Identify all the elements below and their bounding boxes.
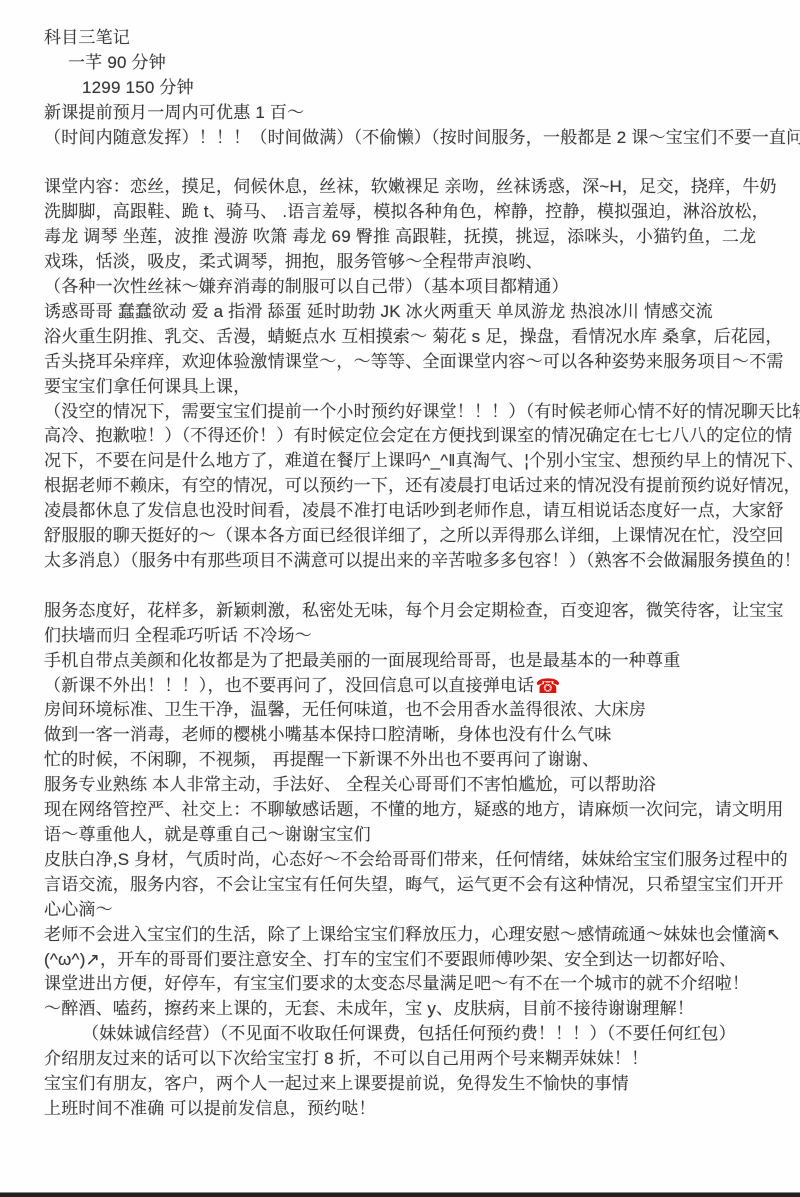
text-line: 况下，不要在问是什么地方了，难道在餐厅上课吗^_^‖真淘气、¦个别小宝宝、想预约…	[44, 449, 770, 474]
notes-text-body: 科目三笔记一芊 90 分钟1299 150 分钟新课提前预月一周内可优惠 1 百…	[44, 26, 770, 1122]
text-line: （时间内随意发挥）！！！（时间做满）（不偷懒）（按时间服务，一般都是 2 课～宝…	[44, 126, 770, 151]
text-line: 浴火重生阴推、乳交、舌漫，蜻蜓点水 互相摸索～ 菊花 s 足，操盘，看情况水库 …	[44, 325, 770, 350]
text-line: 手机自带点美颜和化妆都是为了把最美丽的一面展现给哥哥，也是最基本的一种尊重	[44, 649, 770, 674]
text-line: 宝宝们有朋友，客户，两个人一起过来上课要提前说，免得发生不愉快的事情	[44, 1072, 770, 1097]
text-line: 舒服服的聊天挺好的～（课本各方面已经很详细了，之所以弄得那么详细，上课情况在忙，…	[44, 524, 770, 549]
text-line: (^ω^)↗，开车的哥哥们要注意安全、打车的宝宝们不要跟师傅吵架、安全到达一切都…	[44, 948, 770, 973]
text-line: 戏珠，恬淡，吸皮，柔式调琴，拥抱，服务管够～全程带声浪哟、	[44, 250, 770, 275]
text-line: ～醉酒、嗑药，擦药来上课的，无套、未成年，宝 y、皮肤病，目前不接待谢谢理解！	[44, 997, 770, 1022]
text-line: 心心滴～	[44, 898, 770, 923]
text-line: 皮肤白净,S 身材，气质时尚，心态好～不会给哥哥们带来，任何情绪，妹妹给宝宝们服…	[44, 848, 770, 873]
text-line: （各种一次性丝袜～嫌弃消毒的制服可以自己带）（基本项目都精通）	[44, 275, 770, 300]
text-line: 语～尊重他人，就是尊重自己～谢谢宝宝们	[44, 823, 770, 848]
text-line: （没空的情况下，需要宝宝们提前一个小时预约好课堂！！！）（有时候老师心情不好的情…	[44, 400, 770, 425]
text-line: 房间环境标准、卫生干净，温馨，无任何味道，也不会用香水盖得很浓、大床房	[44, 698, 770, 723]
text-line: 一芊 90 分钟	[44, 51, 770, 76]
text-line: 要宝宝们拿任何课具上课，	[44, 375, 770, 400]
text-line: 上班时间不准确 可以提前发信息，预约哒！	[44, 1097, 770, 1122]
text-line: 服务专业熟练 本人非常主动，手法好、 全程关心哥哥们不害怕尴尬，可以帮助浴	[44, 773, 770, 798]
text-line: 新课提前预月一周内可优惠 1 百～	[44, 101, 770, 126]
red-telephone-icon: ☎	[535, 677, 560, 697]
text-line: 言语交流，服务内容，不会让宝宝有任何失望，晦气，运气更不会有这种情况，只希望宝宝…	[44, 873, 770, 898]
text-line: 根据老师不赖床，有空的情况，可以预约一下，还有凌晨打电话过来的情况没有提前预约说…	[44, 474, 770, 499]
text-line: 高冷、抱歉啦！）（不得还价！）有时候定位会定在方便找到课室的情况确定在七七八八的…	[44, 424, 770, 449]
text-line: 们扶墙而归 全程乖巧听话 不冷场～	[44, 624, 770, 649]
document-page: 科目三笔记一芊 90 分钟1299 150 分钟新课提前预月一周内可优惠 1 百…	[0, 0, 800, 1197]
text-line: 毒龙 调琴 坐莲，波推 漫游 吹箫 毒龙 69 臀推 高跟鞋，抚摸，挑逗，添咪头…	[44, 225, 770, 250]
text-line: 课堂进出方便，好停车，有宝宝们要求的太变态尽量满足吧～有不在一个城市的就不介绍啦…	[44, 972, 770, 997]
page-title: 科目三笔记	[44, 26, 770, 51]
text-line: 洗脚脚，高跟鞋、跪 t、骑马、 .语言羞辱，模拟各种角色，榨静，控静，模拟强迫，…	[44, 200, 770, 225]
text-line: 舌头挠耳朵痒痒，欢迎体验激情课堂～，～等等、全面课堂内容～可以各种姿势来服务项目…	[44, 350, 770, 375]
text-line: 凌晨都休息了发信息也没时间看，凌晨不准打电话吵到老师作息，请互相说话态度好一点，…	[44, 499, 770, 524]
text-line: （新课不外出！！！），也不要再问了，没回信息可以直接弹电话☎	[44, 674, 770, 699]
text-line: 诱惑哥哥 蠢蠢欲动 爱 a 指滑 舔蛋 延时助勃 JK 冰火两重天 单凤游龙 热…	[44, 300, 770, 325]
text-line: 1299 150 分钟	[44, 76, 770, 101]
text-line: 忙的时候，不闲聊，不视频， 再提醒一下新课不外出也不要再问了谢谢、	[44, 748, 770, 773]
text-line: 课堂内容：恋丝，摸足，伺候休息，丝袜，软嫩裸足 亲吻，丝袜诱惑，深~H，足交，挠…	[44, 175, 770, 200]
text-line: 老师不会进入宝宝们的生活，除了上课给宝宝们释放压力，心理安慰～感情疏通～妹妹也会…	[44, 923, 770, 948]
text-line: 现在网络管控严、社交上：不聊敏感话题，不懂的地方，疑惑的地方，请麻烦一次问完，请…	[44, 798, 770, 823]
text-line: 介绍朋友过来的话可以下次给宝宝打 8 折，不可以自己用两个号来糊弄妹妹！！	[44, 1047, 770, 1072]
text-line: 做到一客一消毒，老师的樱桃小嘴基本保持口腔清晰，身体也没有什么气味	[44, 723, 770, 748]
bottom-edge-bar	[0, 1192, 800, 1197]
text-line: （妹妹诚信经营）（不见面不收取任何课费，包括任何预约费！！！）（不要任何红包）	[44, 1022, 770, 1047]
text-line: 服务态度好，花样多，新颖刺激，私密处无味，每个月会定期检查，百变迎客，微笑待客，…	[44, 599, 770, 624]
text-line: 太多消息）（服务中有那些项目不满意可以提出来的辛苦啦多多包容！）（熟客不会做漏服…	[44, 549, 770, 574]
